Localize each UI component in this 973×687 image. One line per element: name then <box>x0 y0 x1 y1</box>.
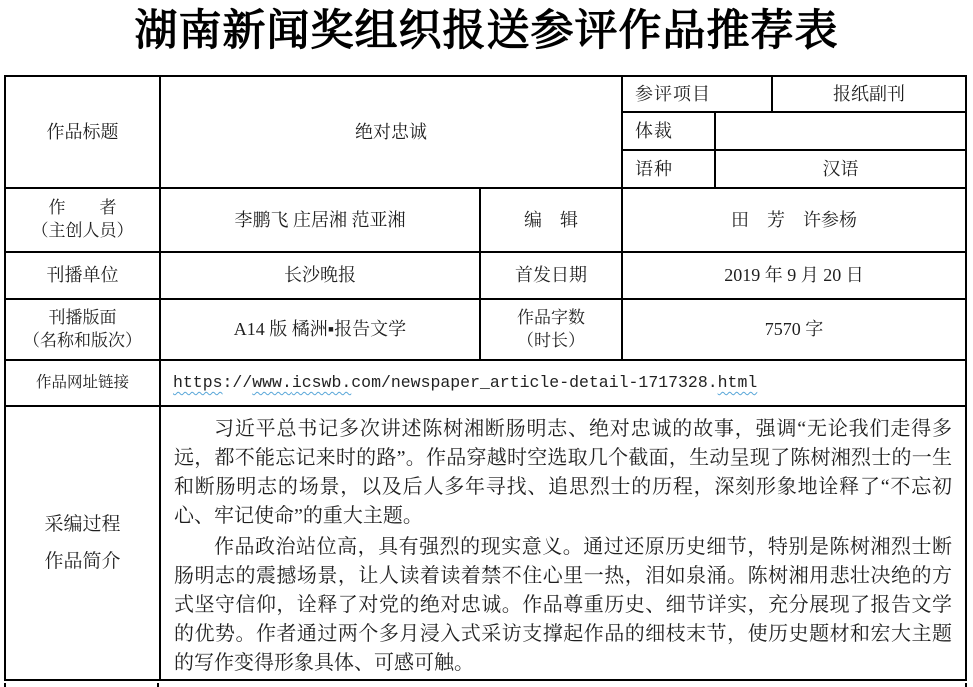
page-title: 湖南新闻奖组织报送参评作品推荐表 <box>0 2 973 62</box>
first-date-label: 首发日期 <box>481 253 621 298</box>
url-segment: html <box>718 372 758 394</box>
author-label-line2: （主创人员） <box>32 220 134 243</box>
publish-page-label: 刊播版面 （名称和版次） <box>6 300 159 359</box>
publish-page-label-line1: 刊播版面 <box>49 307 117 330</box>
url-segment: https <box>173 372 223 394</box>
url-value: https://www.icswb.com/newspaper_article-… <box>161 361 965 405</box>
language-value: 汉语 <box>716 151 965 187</box>
publish-page-label-line2: （名称和版次） <box>23 330 142 353</box>
genre-value <box>716 113 965 149</box>
author-value: 李鹏飞 庄居湘 范亚湘 <box>161 189 479 251</box>
genre-label: 体裁 <box>623 113 714 149</box>
word-count-label-line2: （时长） <box>517 330 585 353</box>
word-count-value: 7570 字 <box>623 300 965 359</box>
intro-text: 习近平总书记多次讲述陈树湘断肠明志、绝对忠诚的故事，强调“无论我们走得多远，都不… <box>161 407 965 679</box>
recommendation-form-table: 作品标题 绝对忠诚 参评项目 报纸副刊 体裁 语种 汉语 作 者 （主创人员） … <box>4 75 967 681</box>
url-label: 作品网址链接 <box>6 361 159 405</box>
author-label-line1: 作 者 <box>49 197 117 220</box>
intro-paragraph-2: 作品政治站位高，具有强烈的现实意义。通过还原历史细节，特别是陈树湘烈士断肠明志的… <box>174 533 952 678</box>
entry-item-value: 报纸副刊 <box>773 77 965 111</box>
publish-unit-label: 刊播单位 <box>6 253 159 298</box>
intro-paragraph-1: 习近平总书记多次讲述陈树湘断肠明志、绝对忠诚的故事，强调“无论我们走得多远，都不… <box>174 415 952 531</box>
intro-label: 采编过程 作品简介 <box>6 407 159 679</box>
next-row-column-divider <box>157 683 159 687</box>
url-segment: www. <box>252 372 292 394</box>
url-segment: com/newspaper_article-detail-1717328. <box>351 372 717 394</box>
entry-item-label: 参评项目 <box>623 77 771 111</box>
publish-unit-value: 长沙晚报 <box>161 253 479 298</box>
next-row-right-border <box>965 683 967 687</box>
next-row-left-border <box>4 683 6 687</box>
language-label: 语种 <box>623 151 714 187</box>
publish-page-value: A14 版 橘洲▪报告文学 <box>161 300 479 359</box>
word-count-label: 作品字数 （时长） <box>481 300 621 359</box>
editor-label: 编 辑 <box>481 189 621 251</box>
word-count-label-line1: 作品字数 <box>517 307 585 330</box>
editor-value: 田 芳 许参杨 <box>623 189 965 251</box>
work-title-value: 绝对忠诚 <box>161 77 621 187</box>
author-label: 作 者 （主创人员） <box>6 189 159 251</box>
first-date-value: 2019 年 9 月 20 日 <box>623 253 965 298</box>
intro-label-line2: 作品简介 <box>44 543 120 580</box>
intro-label-line1: 采编过程 <box>44 506 120 543</box>
work-title-label: 作品标题 <box>6 77 159 187</box>
url-segment: :// <box>223 372 253 394</box>
url-segment: icswb. <box>292 372 351 394</box>
